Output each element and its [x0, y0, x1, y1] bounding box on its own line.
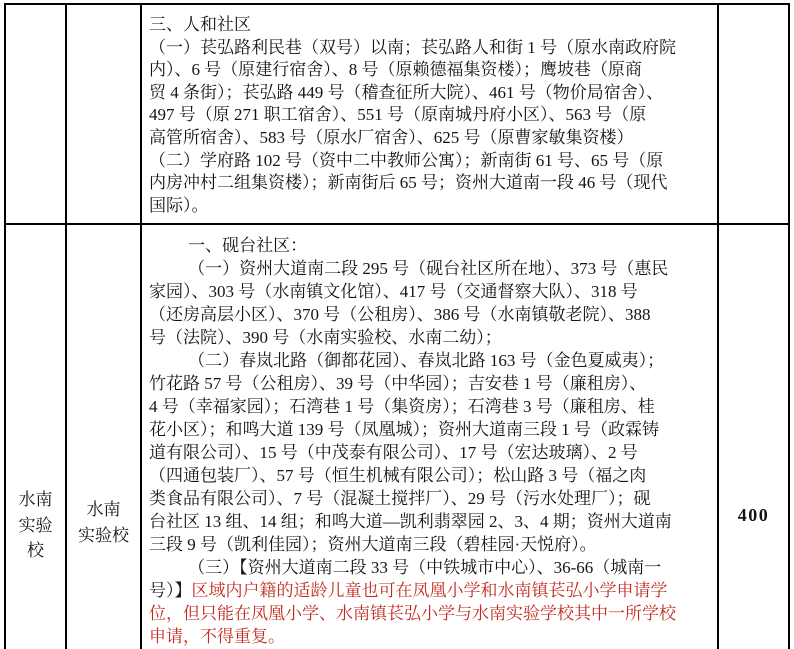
district-description-cell-main: 一、砚台社区： （一）资州大道南二段 295 号（砚台社区所在地）、373 号（…	[142, 225, 719, 649]
quota-value: 400	[719, 505, 788, 526]
school-name-label-2: 水南 实验校	[67, 497, 140, 548]
table-row-renhe-community: 三、人和社区 （一）苌弘路利民巷（双号）以南；苌弘路人和街 1 号（原水南政府院…	[6, 5, 788, 225]
school-name-label-1: 水南 实验 校	[6, 487, 65, 564]
school-name-cell-1: 水南 实验 校	[6, 225, 67, 649]
school-district-table: 三、人和社区 （一）苌弘路利民巷（双号）以南；苌弘路人和街 1 号（原水南政府院…	[4, 3, 790, 649]
section-yantai-part3: （三）【资州大道南二段 33 号（中铁城市中心）、36-66（城南一 号）】区域…	[149, 556, 712, 648]
school-name-cell-empty-1	[6, 5, 67, 223]
quota-cell-empty	[719, 5, 788, 223]
district-description-cell: 三、人和社区 （一）苌弘路利民巷（双号）以南；苌弘路人和街 1 号（原水南政府院…	[142, 5, 719, 223]
table-row-shuinan-experimental-school: 水南 实验 校 水南 实验校 一、砚台社区： （一）资州大道南二段 295 号（…	[6, 225, 788, 649]
section-renhe-part1: （一）苌弘路利民巷（双号）以南；苌弘路人和街 1 号（原水南政府院 内）、6 号…	[149, 37, 712, 150]
section-yantai-part2: （二）春岚北路（御都花园）、春岚北路 163 号（金色夏威夷）； 竹花路 57 …	[149, 349, 712, 556]
school-name-cell-empty-2	[67, 5, 142, 223]
quota-cell: 400	[719, 225, 788, 649]
section-title-yantai: 一、砚台社区：	[149, 234, 712, 257]
part3-red-warning-text: 区域内户籍的适龄儿童也可在凤凰小学和水南镇苌弘小学申请学 位，但只能在凤凰小学、…	[149, 581, 676, 646]
section-renhe-part2: （二）学府路 102 号（资中二中教师公寓）；新南街 61 号、65 号（原 内…	[149, 150, 712, 218]
section-title-renhe: 三、人和社区	[149, 14, 712, 37]
section-yantai-part1: （一）资州大道南二段 295 号（砚台社区所在地）、373 号（惠民 家园）、3…	[149, 257, 712, 349]
school-name-cell-2: 水南 实验校	[67, 225, 142, 649]
